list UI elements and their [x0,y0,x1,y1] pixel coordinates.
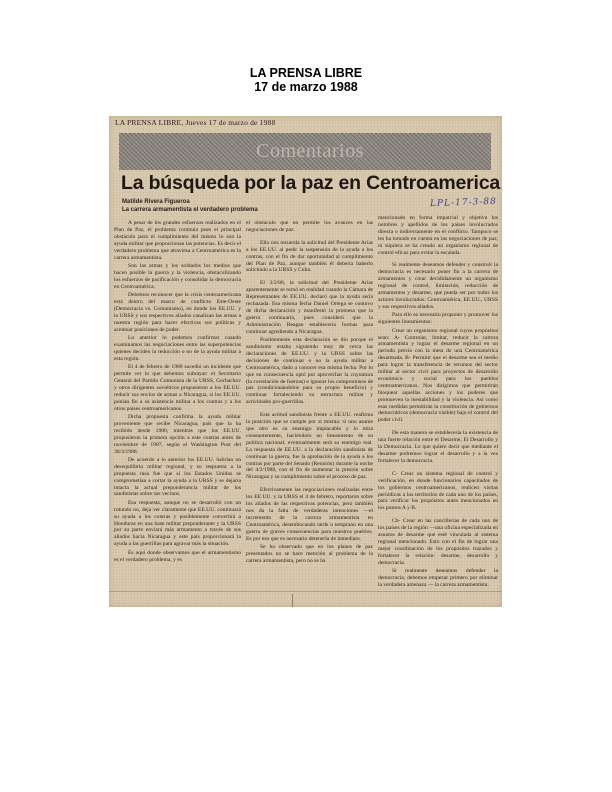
paragraph: Es aquí donde observamos que el armament… [114,550,241,564]
publication-name: LA PRENSA LIBRE [0,66,612,80]
paragraph: Crear un organismo regional cuyos propós… [378,328,498,425]
publication-date: 17 de marzo 1988 [0,80,612,94]
paper-crease [292,594,293,607]
paragraph: Lo anterior lo podemos confirmar cuando … [114,335,241,363]
article-column-middle: el obstáculo que no permite los avances … [246,220,373,566]
article-headline: La búsqueda por la paz en Centroamerica [121,172,500,195]
paragraph: De esta manera se establecería la existe… [378,430,498,465]
paragraph: Efectivamente las negociaciones realizad… [246,487,373,542]
paragraph: Esta actitud sandinista frente a EE.UU. … [246,412,373,481]
handwritten-date-note: LPL-17-3-88 [430,197,497,209]
paragraph: Posiblemente esta declaración se dio por… [246,337,373,406]
article-subheadline: La carrera armamentista el verdadero pro… [122,207,258,213]
article-column-left: A pesar de los grandes esfuerzos realiza… [114,220,241,565]
paragraph: C- Crear un sistema regional de control … [378,471,498,512]
paragraph: Para ello es necesario proponer y promov… [378,312,498,326]
paragraph: De acuerdo a lo anterior los EE.UU. habr… [114,457,241,498]
paragraph: El 4 de febrero de 1988 sucedió un incid… [114,364,241,412]
paragraph: Ch- Crear en las cancillerías de cada un… [378,518,498,566]
paper-fold-line [109,591,502,592]
paragraph: mencionado en forma imparcial y objetiva… [378,215,498,256]
paragraph: Dicha propuesta confirma la ayuda milita… [114,414,241,455]
page-header: LA PRENSA LIBRE 17 de marzo 1988 [0,66,612,94]
paragraph: El 3/2/88, la solicitud del Presidente A… [246,280,373,335]
article-author: Matilde Rivera Figueroa [122,199,190,205]
paragraph: A pesar de los grandes esfuerzos realiza… [114,220,241,261]
paragraph: Ello nos recuerda la solicitud del Presi… [246,240,373,275]
section-banner-label: Comentarios [246,140,364,163]
section-banner: Comentarios [119,133,491,170]
paragraph: el obstáculo que no permite los avances … [246,220,373,234]
paragraph: Debemos reconocer que la crisis centroam… [114,292,241,333]
masthead-line: LA PRENSA LIBRE, Jueves 17 de marzo de 1… [115,118,275,127]
paragraph: Se ha observado que en los planes de paz… [246,544,373,565]
paragraph: Si realmente deseamos defender la democr… [378,568,498,589]
paragraph: Son las armas y los soldados los medios … [114,263,241,291]
paragraph: Esa respuesta, aunque no se desarrolló c… [114,500,241,548]
newspaper-clipping: LA PRENSA LIBRE, Jueves 17 de marzo de 1… [109,116,502,607]
article-column-right: mencionado en forma imparcial y objetiva… [378,215,498,590]
paragraph: Si realmente deseamos defender y constru… [378,262,498,310]
